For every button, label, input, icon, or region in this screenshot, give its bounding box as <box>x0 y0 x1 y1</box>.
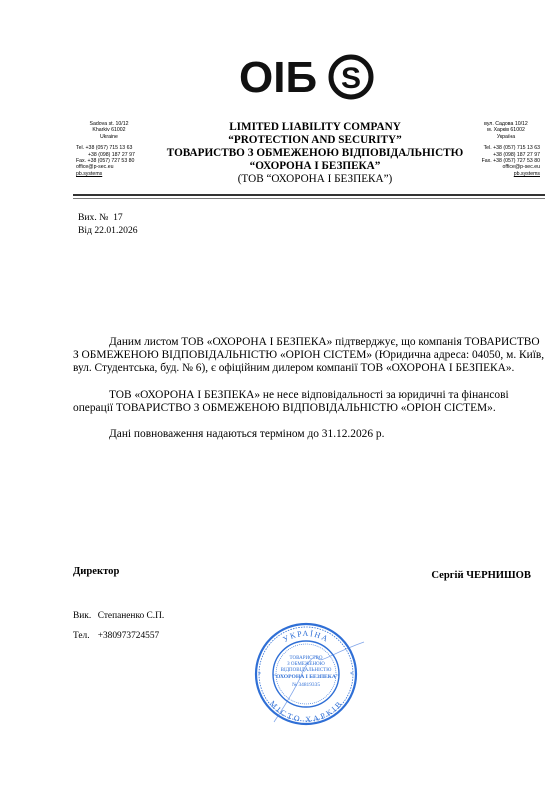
paragraph-confirmation: Даним листом ТОВ «ОХОРОНА І БЕЗПЕКА» під… <box>73 336 545 376</box>
outgoing-date: Від 22.01.2026 <box>78 224 138 237</box>
company-seal: УКРАЇНА МІСТО ХАРКІВ * * ТОВАРИСТВО З ОБ… <box>246 614 366 734</box>
svg-text:*: * <box>350 672 353 678</box>
svg-text:"ОХОРОНА І БЕЗПЕКА": "ОХОРОНА І БЕЗПЕКА" <box>273 674 339 680</box>
company-type-en: LIMITED LIABILITY COMPANY <box>160 121 470 134</box>
paragraph-liability: ТОВ «ОХОРОНА І БЕЗПЕКА» не несе відповід… <box>73 389 545 415</box>
company-type-ua: ТОВАРИСТВО З ОБМЕЖЕНОЮ ВІДПОВІДАЛЬНІСТЮ <box>160 147 470 160</box>
company-name-en: “PROTECTION AND SECURITY” <box>160 134 470 147</box>
website-link[interactable]: pb.systems <box>514 171 540 177</box>
address-english: Sadova st. 10/12 Kharkiv 61002 Ukraine <box>76 121 142 140</box>
svg-text:ВІДПОВІДАЛЬНІСТЮ: ВІДПОВІДАЛЬНІСТЮ <box>281 668 332 673</box>
executor-name: Вик. Степаненко С.П. <box>73 606 164 626</box>
outgoing-reference: Вих. № 17 Від 22.01.2026 <box>78 211 138 237</box>
header-divider-thick <box>73 194 545 196</box>
header-divider-thin <box>73 198 545 199</box>
svg-text:*: * <box>258 672 261 678</box>
company-logo: ОІБ S <box>239 52 379 100</box>
letter-body: Даним листом ТОВ «ОХОРОНА І БЕЗПЕКА» під… <box>73 336 545 441</box>
circled-s-logo-icon: ОІБ S <box>239 52 379 100</box>
paragraph-validity: Дані повноваження надаються терміном до … <box>73 428 545 441</box>
executor-phone: Тел. +380973724557 <box>73 626 164 646</box>
company-short-name: (ТОВ “ОХОРОНА І БЕЗПЕКА”) <box>160 173 470 186</box>
svg-text:УКРАЇНА: УКРАЇНА <box>281 629 330 644</box>
company-name-ua: “ОХОРОНА І БЕЗПЕКА” <box>160 160 470 173</box>
outgoing-number: Вих. № 17 <box>78 211 138 224</box>
executor-info: Вик. Степаненко С.П. Тел. +380973724557 <box>73 606 164 646</box>
svg-text:МІСТО ХАРКІВ: МІСТО ХАРКІВ <box>268 699 345 724</box>
seal-stamp-icon: УКРАЇНА МІСТО ХАРКІВ * * ТОВАРИСТВО З ОБ… <box>246 614 366 734</box>
svg-text:S: S <box>341 62 361 95</box>
contact-block-ukrainian: вул. Садова 10/12 м. Харків 61002 Україн… <box>472 121 540 177</box>
letterhead-title: LIMITED LIABILITY COMPANY “PROTECTION AN… <box>160 121 470 186</box>
signatory-title: Директор <box>73 566 119 577</box>
website-link[interactable]: pb.systems <box>76 171 102 177</box>
address-ukrainian: вул. Садова 10/12 м. Харків 61002 Україн… <box>472 121 540 140</box>
svg-text:ОІБ: ОІБ <box>239 53 317 100</box>
contact-block-english: Sadova st. 10/12 Kharkiv 61002 Ukraine T… <box>76 121 142 177</box>
signatory-name: Сергій ЧЕРНИШОВ <box>431 570 531 581</box>
